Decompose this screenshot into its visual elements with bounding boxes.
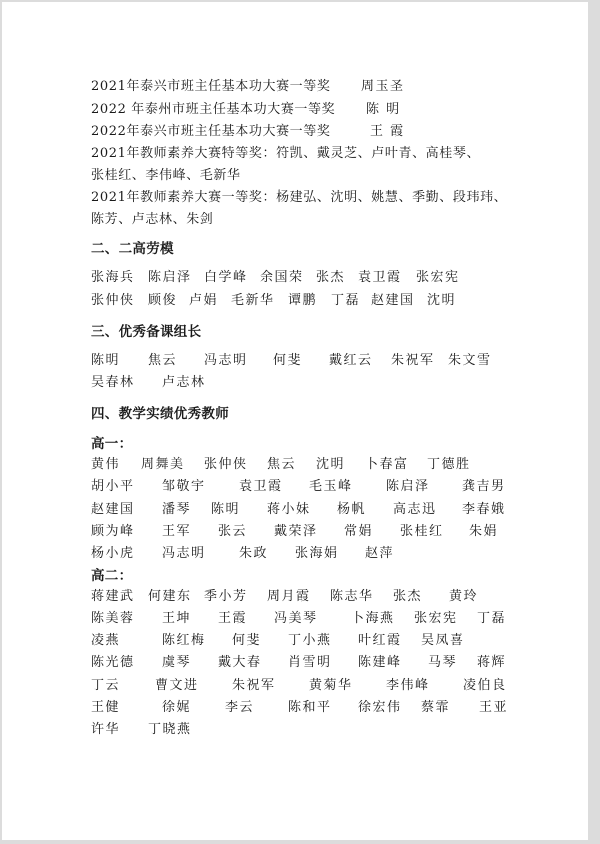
person-name: 陈明 (211, 502, 240, 518)
person-name: 龚吉男 (462, 479, 506, 495)
person-name: 陈光德 (91, 655, 135, 671)
person-name: 胡小平 (91, 479, 135, 495)
award-text: 2021年泰兴市班主任基本功大赛一等奖 (91, 79, 330, 94)
person-name: 袁卫霞 (358, 270, 402, 286)
person-name: 张海兵 (91, 270, 135, 286)
person-name: 季小芳 (204, 589, 248, 605)
award-winner: 王 霞 (370, 124, 405, 140)
person-name: 丁晓燕 (148, 722, 192, 738)
award-winner: 陈 明 (366, 102, 401, 118)
first-award-line: 2021年教师素养大赛一等奖：杨建弘、沈明、姚慧、季勤、段玮玮、 (91, 190, 507, 206)
person-name: 朱娟 (469, 524, 498, 540)
person-name: 高志迅 (393, 502, 437, 518)
person-name: 王霞 (218, 611, 247, 627)
person-name: 常娟 (344, 524, 373, 540)
person-name: 凌伯良 (463, 678, 507, 694)
person-name: 戴大春 (218, 655, 262, 671)
grade-label: 高一： (91, 436, 132, 452)
person-name: 丁磊 (477, 611, 506, 627)
person-name: 张海娟 (295, 546, 339, 562)
person-name: 吴春林 (91, 375, 135, 391)
award-line: 2022 年泰州市班主任基本功大赛一等奖 (91, 102, 335, 118)
person-name: 张仲侠 (204, 457, 248, 473)
person-name: 许华 (91, 722, 120, 738)
person-name: 朱政 (239, 546, 268, 562)
person-name: 周月霞 (267, 589, 311, 605)
person-name: 焦云 (148, 353, 177, 369)
first-award-line: 陈芳、卢志林、朱剑 (91, 212, 213, 228)
person-name: 蔡霏 (421, 700, 450, 716)
person-name: 赵建国 (371, 293, 415, 309)
person-name: 曹文进 (155, 678, 199, 694)
section-heading: 四、教学实绩优秀教师 (91, 406, 229, 422)
section-heading: 三、优秀备课组长 (91, 324, 201, 340)
person-name: 冯志明 (162, 546, 206, 562)
section-heading: 二、二高劳模 (91, 241, 174, 257)
person-name: 沈明 (427, 293, 456, 309)
person-name: 杨小虎 (91, 546, 135, 562)
person-name: 朱祝军 (232, 678, 276, 694)
person-name: 余国荣 (260, 270, 304, 286)
person-name: 毛玉峰 (309, 479, 353, 495)
person-name: 李伟峰 (386, 678, 430, 694)
person-name: 王军 (162, 524, 191, 540)
person-name: 张桂红 (400, 524, 444, 540)
person-name: 顾俊 (148, 293, 177, 309)
person-name: 丁德胜 (427, 457, 471, 473)
person-name: 沈明 (316, 457, 345, 473)
person-name: 张杰 (316, 270, 345, 286)
person-name: 蒋建武 (91, 589, 135, 605)
person-name: 李春娥 (462, 502, 506, 518)
person-name: 陈建峰 (358, 655, 402, 671)
person-name: 卜海燕 (351, 611, 395, 627)
person-name: 卢娟 (189, 293, 218, 309)
person-name: 何斐 (273, 353, 302, 369)
person-name: 冯志明 (204, 353, 248, 369)
person-name: 徐娓 (162, 700, 191, 716)
person-name: 丁磊 (331, 293, 360, 309)
person-name: 王健 (91, 700, 120, 716)
person-name: 丁小燕 (288, 633, 332, 649)
person-name: 蒋辉 (477, 655, 506, 671)
person-name: 张宏宪 (416, 270, 460, 286)
person-name: 黄伟 (91, 457, 120, 473)
person-name: 陈启泽 (148, 270, 192, 286)
special-award-line: 张桂红、李伟峰、毛新华 (91, 168, 241, 184)
person-name: 丁云 (91, 678, 120, 694)
person-name: 顾为峰 (91, 524, 135, 540)
person-name: 谭鹏 (288, 293, 317, 309)
person-name: 朱文雪 (448, 353, 492, 369)
person-name: 马琴 (428, 655, 457, 671)
person-name: 白学峰 (204, 270, 248, 286)
person-name: 朱祝军 (391, 353, 435, 369)
award-line: 2022年泰兴市班主任基本功大赛一等奖 (91, 124, 330, 140)
person-name: 毛新华 (231, 293, 275, 309)
person-name: 何斐 (232, 633, 261, 649)
award-winner: 周玉圣 (361, 79, 405, 95)
grade-label: 高二： (91, 568, 132, 584)
person-name: 赵萍 (365, 546, 394, 562)
person-name: 冯美琴 (274, 611, 318, 627)
person-name: 陈志华 (330, 589, 374, 605)
person-name: 陈和平 (288, 700, 332, 716)
person-name: 张宏宪 (414, 611, 458, 627)
person-name: 张杰 (393, 589, 422, 605)
person-name: 邹敬宇 (162, 479, 206, 495)
person-name: 黄菊华 (309, 678, 353, 694)
person-name: 赵建国 (91, 502, 135, 518)
person-name: 王坤 (162, 611, 191, 627)
award-text: 2022年泰兴市班主任基本功大赛一等奖 (91, 124, 330, 139)
person-name: 卢志林 (162, 375, 206, 391)
person-name: 陈红梅 (162, 633, 206, 649)
person-name: 叶红霞 (358, 633, 402, 649)
person-name: 陈启泽 (386, 479, 430, 495)
person-name: 徐宏伟 (358, 700, 402, 716)
person-name: 陈明 (91, 353, 120, 369)
person-name: 焦云 (267, 457, 296, 473)
person-name: 卜春富 (365, 457, 409, 473)
person-name: 袁卫霞 (239, 479, 283, 495)
special-award-line: 2021年教师素养大赛特等奖：符凯、戴灵芝、卢叶青、高桂琴、 (91, 146, 480, 162)
person-name: 虞琴 (162, 655, 191, 671)
person-name: 周舞美 (141, 457, 185, 473)
person-name: 张仲侠 (91, 293, 135, 309)
award-line: 2021年泰兴市班主任基本功大赛一等奖 (91, 79, 330, 95)
person-name: 肖雪明 (288, 655, 332, 671)
person-name: 王亚 (479, 700, 508, 716)
document-page: 2021年泰兴市班主任基本功大赛一等奖 周玉圣 2022 年泰州市班主任基本功大… (2, 2, 588, 840)
award-text: 2022 年泰州市班主任基本功大赛一等奖 (91, 102, 335, 117)
person-name: 黄玲 (449, 589, 478, 605)
person-name: 李云 (225, 700, 254, 716)
person-name: 陈美蓉 (91, 611, 135, 627)
person-name: 蒋小妹 (267, 502, 311, 518)
person-name: 潘琴 (162, 502, 191, 518)
person-name: 何建东 (148, 589, 192, 605)
person-name: 戴红云 (329, 353, 373, 369)
person-name: 戴荣泽 (274, 524, 318, 540)
person-name: 凌燕 (91, 633, 120, 649)
person-name: 张云 (218, 524, 247, 540)
person-name: 吴凤喜 (421, 633, 465, 649)
person-name: 杨帆 (337, 502, 366, 518)
